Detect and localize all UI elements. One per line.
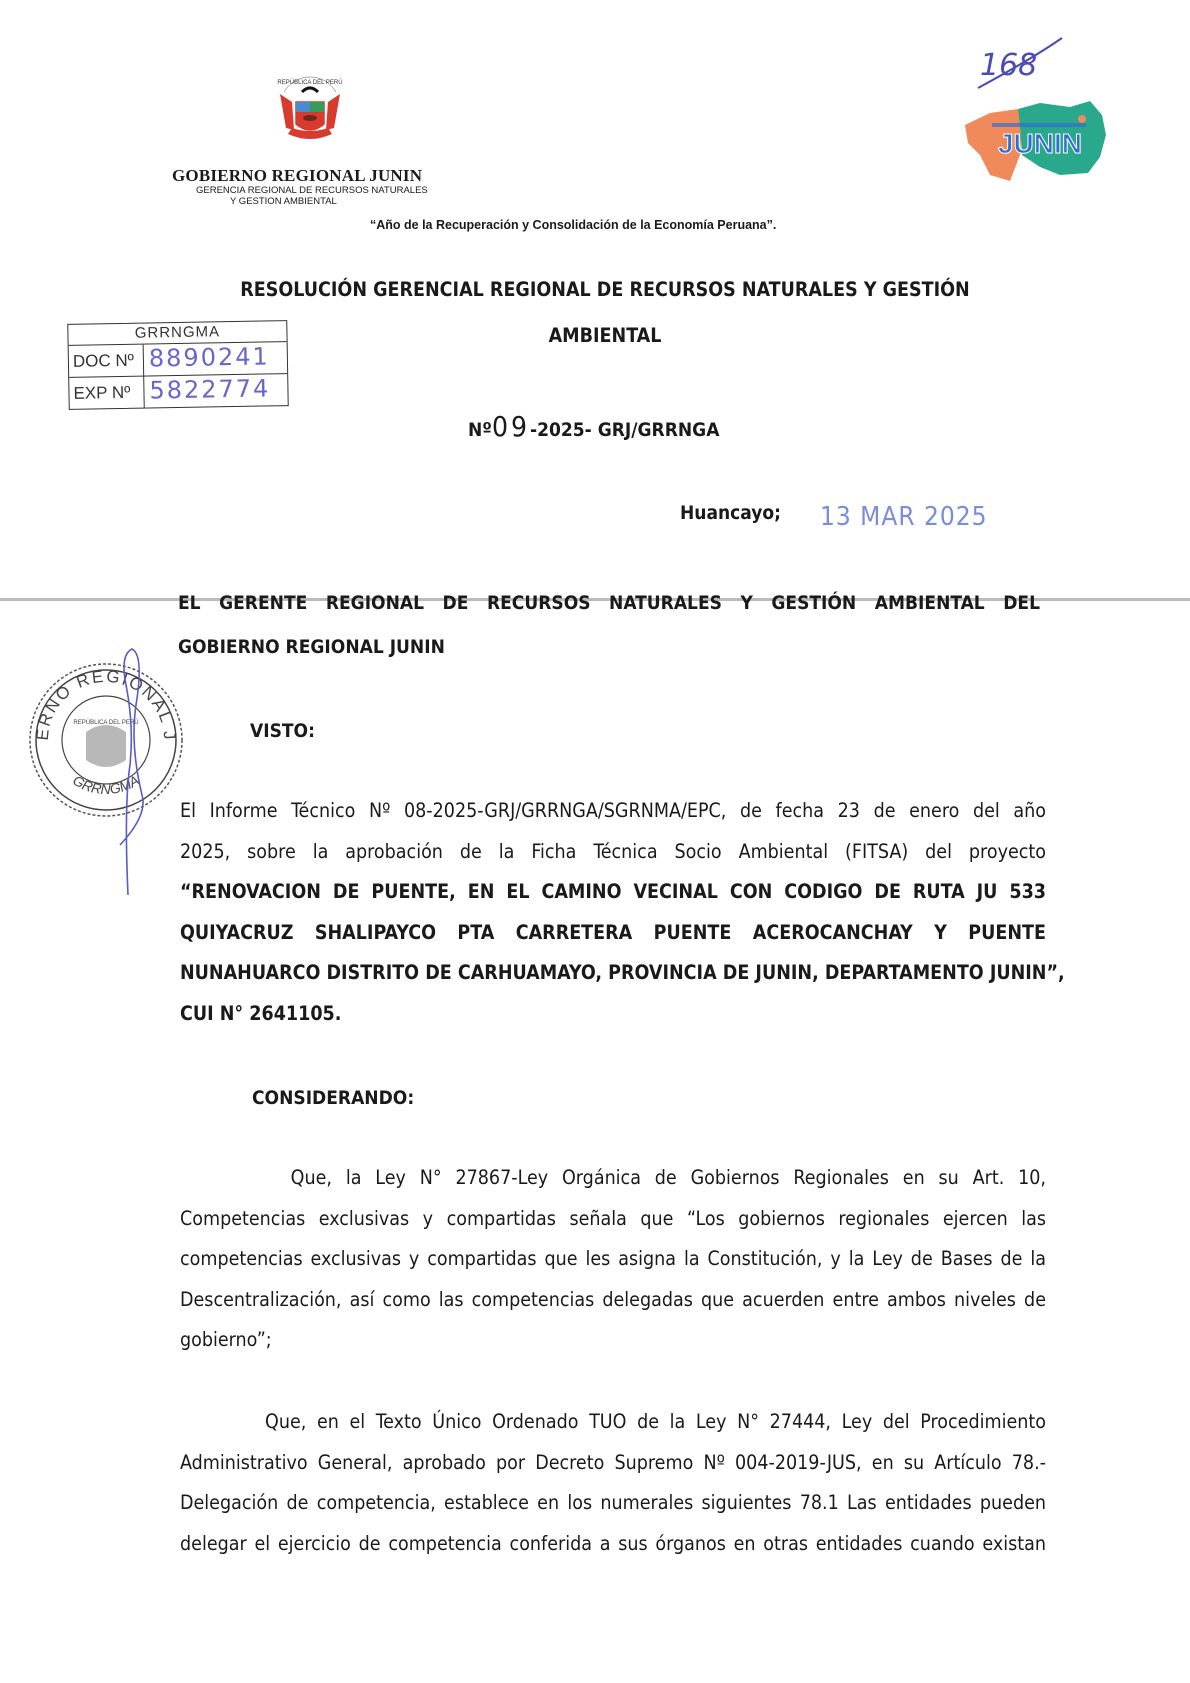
registry-stamp: GRRNGMA DOC Nº 8890241 EXP Nº 5822774 (67, 320, 288, 410)
junin-region-logo: JUNIN (960, 95, 1110, 185)
visto-line: NUNAHUARCO DISTRITO DE CARHUAMAYO, PROVI… (180, 953, 1046, 994)
considerando-paragraph-2: Que, en el Texto Único Ordenado TUO de l… (180, 1402, 1046, 1564)
svg-text:JUNIN: JUNIN (998, 128, 1082, 159)
visto-line: 2025, sobre la aprobación de la Ficha Té… (180, 832, 1046, 873)
visto-line: El Informe Técnico Nº 08-2025-GRJ/GRRNGA… (180, 791, 1046, 832)
signature-pen-stroke (100, 645, 160, 905)
visto-heading: VISTO: (250, 720, 315, 742)
paragraph-line: delegar el ejercicio de competencia conf… (180, 1524, 1046, 1565)
issuer-line2: GOBIERNO REGIONAL JUNIN (178, 636, 445, 658)
paragraph-line: Descentralización, así como las competen… (180, 1280, 1046, 1321)
paragraph-line: competencias exclusivas y compartidas qu… (180, 1239, 1046, 1280)
considerando-paragraph-1: Que, la Ley N° 27867-Ley Orgánica de Gob… (180, 1158, 1046, 1361)
exp-number-value: 5822774 (149, 374, 270, 404)
peru-coat-of-arms-icon: REPÚBLICA DEL PERÚ (272, 72, 348, 148)
paragraph-line: Que, la Ley N° 27867-Ley Orgánica de Gob… (180, 1158, 1046, 1199)
considerando-heading: CONSIDERANDO: (252, 1087, 414, 1109)
paragraph-line: Que, en el Texto Único Ordenado TUO de l… (180, 1402, 1046, 1443)
city: Huancayo; (680, 502, 781, 524)
date-stamp: 13 MAR 2025 (820, 502, 988, 532)
resolution-title-line1: RESOLUCIÓN GERENCIAL REGIONAL DE RECURSO… (0, 278, 1190, 301)
organization-subunit-line1: GERENCIA REGIONAL DE RECURSOS NATURALES (196, 185, 428, 196)
svg-text:168: 168 (980, 48, 1037, 83)
svg-text:REPÚBLICA DEL PERÚ: REPÚBLICA DEL PERÚ (277, 79, 342, 86)
resolution-number: Nº09-2025- GRJ/GRRNGA (468, 410, 719, 443)
year-motto: “Año de la Recuperación y Consolidación … (370, 218, 776, 232)
issuer-line1: EL GERENTE REGIONAL DE RECURSOS NATURALE… (178, 592, 1040, 614)
resolution-number-handwritten: 09 (492, 410, 530, 443)
organization-subunit-line2: Y GESTION AMBIENTAL (230, 196, 337, 207)
organization-name: GOBIERNO REGIONAL JUNIN (172, 166, 422, 186)
exp-number-label: EXP Nº (73, 383, 130, 404)
visto-paragraph: El Informe Técnico Nº 08-2025-GRJ/GRRNGA… (180, 791, 1046, 1034)
doc-number-value: 8890241 (149, 342, 270, 372)
visto-line: QUIYACRUZ SHALIPAYCO PTA CARRETERA PUENT… (180, 913, 1046, 954)
doc-number-label: DOC Nº (73, 351, 134, 372)
handwritten-folio-number: 168 (970, 30, 1090, 100)
paragraph-line: Competencias exclusivas y compartidas se… (180, 1199, 1046, 1240)
visto-line: “RENOVACION DE PUENTE, EN EL CAMINO VECI… (180, 872, 1046, 913)
paragraph-line: gobierno”; (180, 1320, 1046, 1361)
visto-line: CUI N° 2641105. (180, 994, 1046, 1035)
paragraph-line: Administrativo General, aprobado por Dec… (180, 1443, 1046, 1484)
resolution-number-prefix: Nº (468, 419, 492, 441)
resolution-number-suffix: -2025- GRJ/GRRNGA (530, 419, 719, 441)
paragraph-line: Delegación de competencia, establece en … (180, 1483, 1046, 1524)
